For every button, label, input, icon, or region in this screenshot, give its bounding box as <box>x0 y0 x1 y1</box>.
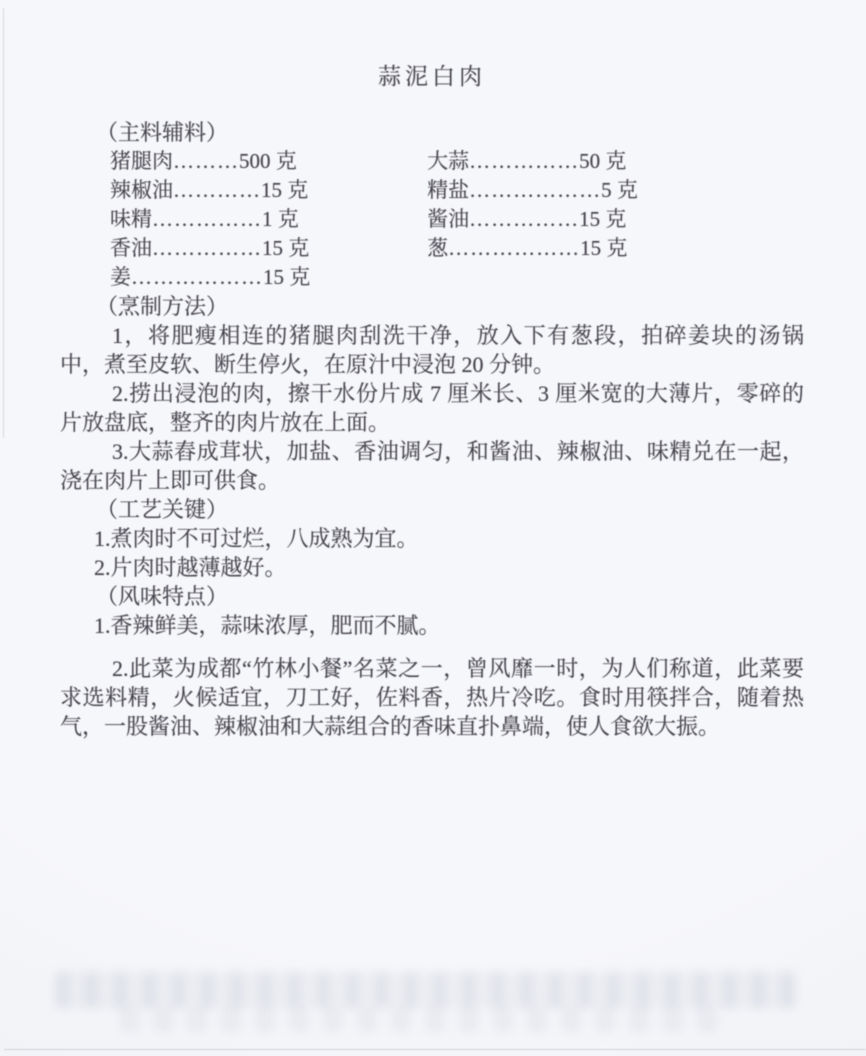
ingredient-row: 葱………………15 克 <box>417 234 804 263</box>
ingredient-name: 辣椒油 <box>110 178 173 202</box>
ingredient-amount: 50 克 <box>579 149 626 173</box>
ingredients-section: （主料辅料） 猪腿肉………500 克 辣椒油…………15 克 味精……………1 … <box>60 118 804 292</box>
method-step: 2.捞出浸泡的肉，擦干水份片成 7 厘米长、3 厘米宽的大薄片，零碎的片放盘底，… <box>60 379 804 437</box>
method-section: （烹制方法） 1，将肥瘦相连的猪腿肉刮洗干净，放入下有葱段，拍碎姜块的汤锅中，煮… <box>60 292 804 495</box>
ingredient-name: 猪腿肉 <box>110 149 173 173</box>
craft-keys-section: （工艺关键） 1.煮肉时不可过烂，八成熟为宜。 2.片肉时越薄越好。 <box>60 495 804 582</box>
dot-leader: ……………… <box>448 236 580 260</box>
ingredient-amount: 15 克 <box>579 207 626 231</box>
ingredient-name: 味精 <box>110 207 152 231</box>
bleed-through-ghost-text <box>55 972 796 1008</box>
page-content: 蒜泥白肉 （主料辅料） 猪腿肉………500 克 辣椒油…………15 克 味精……… <box>60 0 804 741</box>
flavor-item: 1.香辣鲜美，蒜味浓厚，肥而不腻。 <box>60 611 804 640</box>
ingredient-amount: 1 克 <box>262 207 299 231</box>
method-step: 3.大蒜舂成茸状，加盐、香油调匀，和酱油、辣椒油、味精兑在一起，浇在肉片上即可供… <box>60 437 804 495</box>
craft-key-item: 1.煮肉时不可过烂，八成熟为宜。 <box>60 524 804 553</box>
ingredient-row: 香油……………15 克 <box>60 234 417 263</box>
scanned-recipe-page: 蒜泥白肉 （主料辅料） 猪腿肉………500 克 辣椒油…………15 克 味精……… <box>0 0 866 1056</box>
craft-key-item: 2.片肉时越薄越好。 <box>60 553 804 582</box>
method-header: （烹制方法） <box>60 292 804 321</box>
ingredient-name: 葱 <box>427 236 448 260</box>
ingredient-amount: 15 克 <box>580 236 627 260</box>
flavor-header: （风味特点） <box>60 582 804 611</box>
dot-leader: …………… <box>152 207 262 231</box>
ingredient-amount: 15 克 <box>262 236 309 260</box>
ingredient-name: 大蒜 <box>427 149 469 173</box>
method-step: 1，将肥瘦相连的猪腿肉刮洗干净，放入下有葱段，拍碎姜块的汤锅中，煮至皮软、断生停… <box>60 321 804 379</box>
ingredient-amount: 15 克 <box>263 265 310 289</box>
ingredient-row: 大蒜……………50 克 <box>417 147 804 176</box>
ingredient-row: 酱油……………15 克 <box>417 205 804 234</box>
ingredients-column-left: 猪腿肉………500 克 辣椒油…………15 克 味精……………1 克 香油………… <box>60 147 417 292</box>
dot-leader: …………… <box>469 207 579 231</box>
ingredient-name: 姜 <box>110 265 131 289</box>
ingredients-header: （主料辅料） <box>60 118 804 147</box>
dot-leader: …………… <box>152 236 262 260</box>
bleed-through-ghost-text <box>120 1008 726 1032</box>
dot-leader: ……………… <box>131 265 263 289</box>
ingredient-name: 酱油 <box>427 207 469 231</box>
ingredient-row: 味精……………1 克 <box>60 205 417 234</box>
dot-leader: ……… <box>173 149 239 173</box>
ingredient-row: 精盐………………5 克 <box>417 176 804 205</box>
paper-edge-left <box>3 8 4 438</box>
ingredient-name: 香油 <box>110 236 152 260</box>
ingredient-row: 姜………………15 克 <box>60 263 417 292</box>
craft-keys-header: （工艺关键） <box>60 495 804 524</box>
dot-leader: ……………… <box>469 178 601 202</box>
paper-edge-bottom <box>4 1049 866 1050</box>
ingredients-columns: 猪腿肉………500 克 辣椒油…………15 克 味精……………1 克 香油………… <box>60 147 804 292</box>
ingredient-amount: 5 克 <box>601 178 638 202</box>
ingredients-column-right: 大蒜……………50 克 精盐………………5 克 酱油……………15 克 葱………… <box>417 147 804 292</box>
ingredient-amount: 500 克 <box>239 149 297 173</box>
dot-leader: ………… <box>173 178 261 202</box>
dot-leader: …………… <box>469 149 579 173</box>
ingredient-row: 辣椒油…………15 克 <box>60 176 417 205</box>
ingredient-row: 猪腿肉………500 克 <box>60 147 417 176</box>
flavor-item: 2.此菜为成都“竹林小餐”名菜之一，曾风靡一时，为人们称道，此菜要求选料精，火候… <box>60 654 804 741</box>
recipe-title: 蒜泥白肉 <box>60 0 804 92</box>
flavor-section: （风味特点） 1.香辣鲜美，蒜味浓厚，肥而不腻。 2.此菜为成都“竹林小餐”名菜… <box>60 582 804 741</box>
ingredient-name: 精盐 <box>427 178 469 202</box>
ingredient-amount: 15 克 <box>261 178 308 202</box>
